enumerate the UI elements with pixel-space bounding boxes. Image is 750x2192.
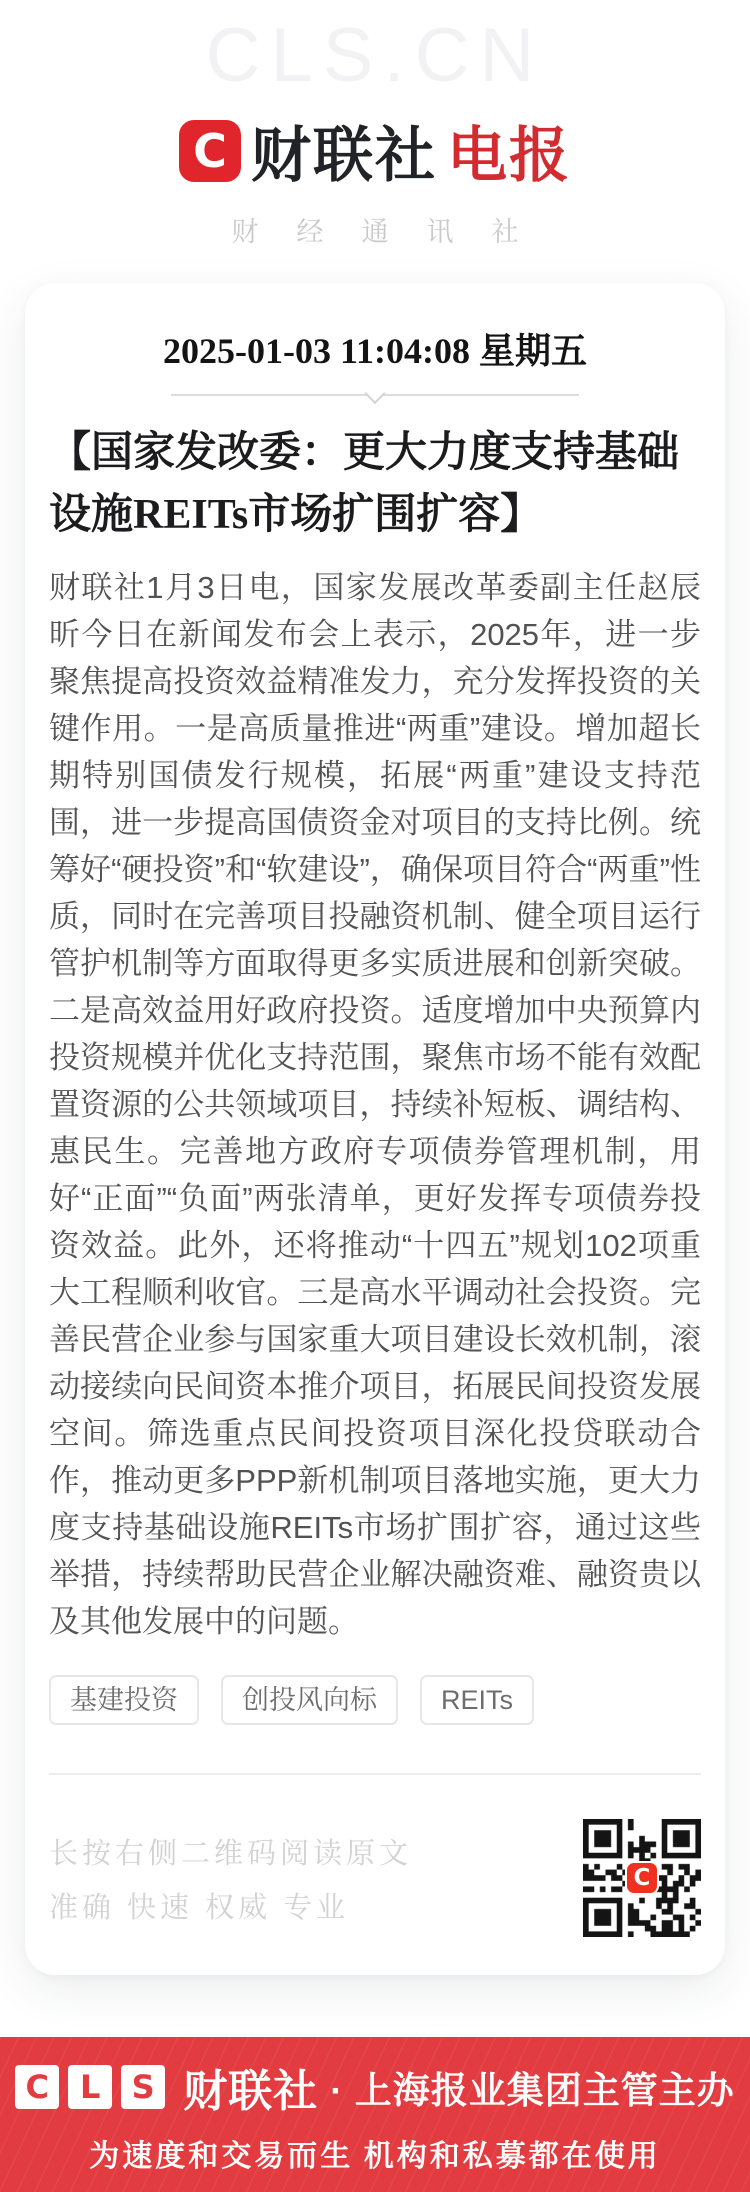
qr-hint-line1: 长按右侧二维码阅读原文 bbox=[49, 1827, 412, 1881]
tag-item-reits[interactable]: REITs bbox=[420, 1675, 534, 1725]
logo-product-name: 电报 bbox=[447, 108, 571, 194]
article-title: 【国家发改委：更大力度支持基础设施REITs市场扩围扩容】 bbox=[49, 422, 701, 546]
bottom-logo-row: C L S 财联社 · 上海报业集团主管主办 bbox=[15, 2055, 735, 2119]
masthead-subtitle: 财经通讯社 bbox=[0, 210, 750, 249]
cls-watermark-text: CLS.CN bbox=[0, 18, 750, 94]
cls-letter-c-icon: C bbox=[15, 2065, 59, 2109]
bottom-brand-name: 财联社 bbox=[183, 2055, 318, 2119]
article-body: 财联社1月3日电，国家发展改革委副主任赵辰昕今日在新闻发布会上表示，2025年，… bbox=[49, 564, 701, 1645]
chevron-down-notch-icon bbox=[364, 383, 385, 404]
tag-item-infrastructure[interactable]: 基建投资 bbox=[49, 1675, 199, 1725]
cls-letter-s-icon: S bbox=[121, 2065, 165, 2109]
qr-hint-line2: 准确 快速 权威 专业 bbox=[49, 1881, 412, 1935]
bottom-affiliation: · 上海报业集团主管主办 bbox=[330, 2060, 735, 2114]
tag-list: 基建投资 创投风向标 REITs bbox=[49, 1675, 701, 1725]
app-logo: C 财联社 电报 bbox=[0, 108, 750, 194]
share-card-page: CLS.CN C 财联社 电报 财经通讯社 2025-01-03 11:04:0… bbox=[0, 0, 750, 2192]
article-datetime: 2025-01-03 11:04:08 星期五 bbox=[49, 323, 701, 374]
bottom-tagline: 为速度和交易而生 机构和私募都在使用 bbox=[89, 2131, 661, 2175]
footer-divider bbox=[49, 1773, 701, 1775]
qr-hint: 长按右侧二维码阅读原文 准确 快速 权威 专业 bbox=[49, 1827, 412, 1937]
bottom-bar: C L S 财联社 · 上海报业集团主管主办 为速度和交易而生 机构和私募都在使… bbox=[0, 2037, 750, 2192]
qr-center-logo-icon: C bbox=[625, 1861, 659, 1895]
cls-letters-logo: C L S bbox=[15, 2065, 165, 2109]
masthead-subtitle-text: 财经通讯社 bbox=[232, 210, 557, 249]
cls-letter-l-icon: L bbox=[68, 2065, 112, 2109]
cls-c-icon: C bbox=[179, 120, 241, 182]
qr-code[interactable]: C bbox=[583, 1819, 701, 1937]
date-divider bbox=[171, 394, 579, 396]
tag-item-vc-vane[interactable]: 创投风向标 bbox=[221, 1675, 398, 1725]
masthead: CLS.CN C 财联社 电报 财经通讯社 bbox=[0, 0, 750, 249]
article-card: 2025-01-03 11:04:08 星期五 【国家发改委：更大力度支持基础设… bbox=[25, 283, 725, 1975]
logo-brand-name: 财联社 bbox=[251, 108, 437, 194]
card-footer: 长按右侧二维码阅读原文 准确 快速 权威 专业 C bbox=[49, 1819, 701, 1937]
